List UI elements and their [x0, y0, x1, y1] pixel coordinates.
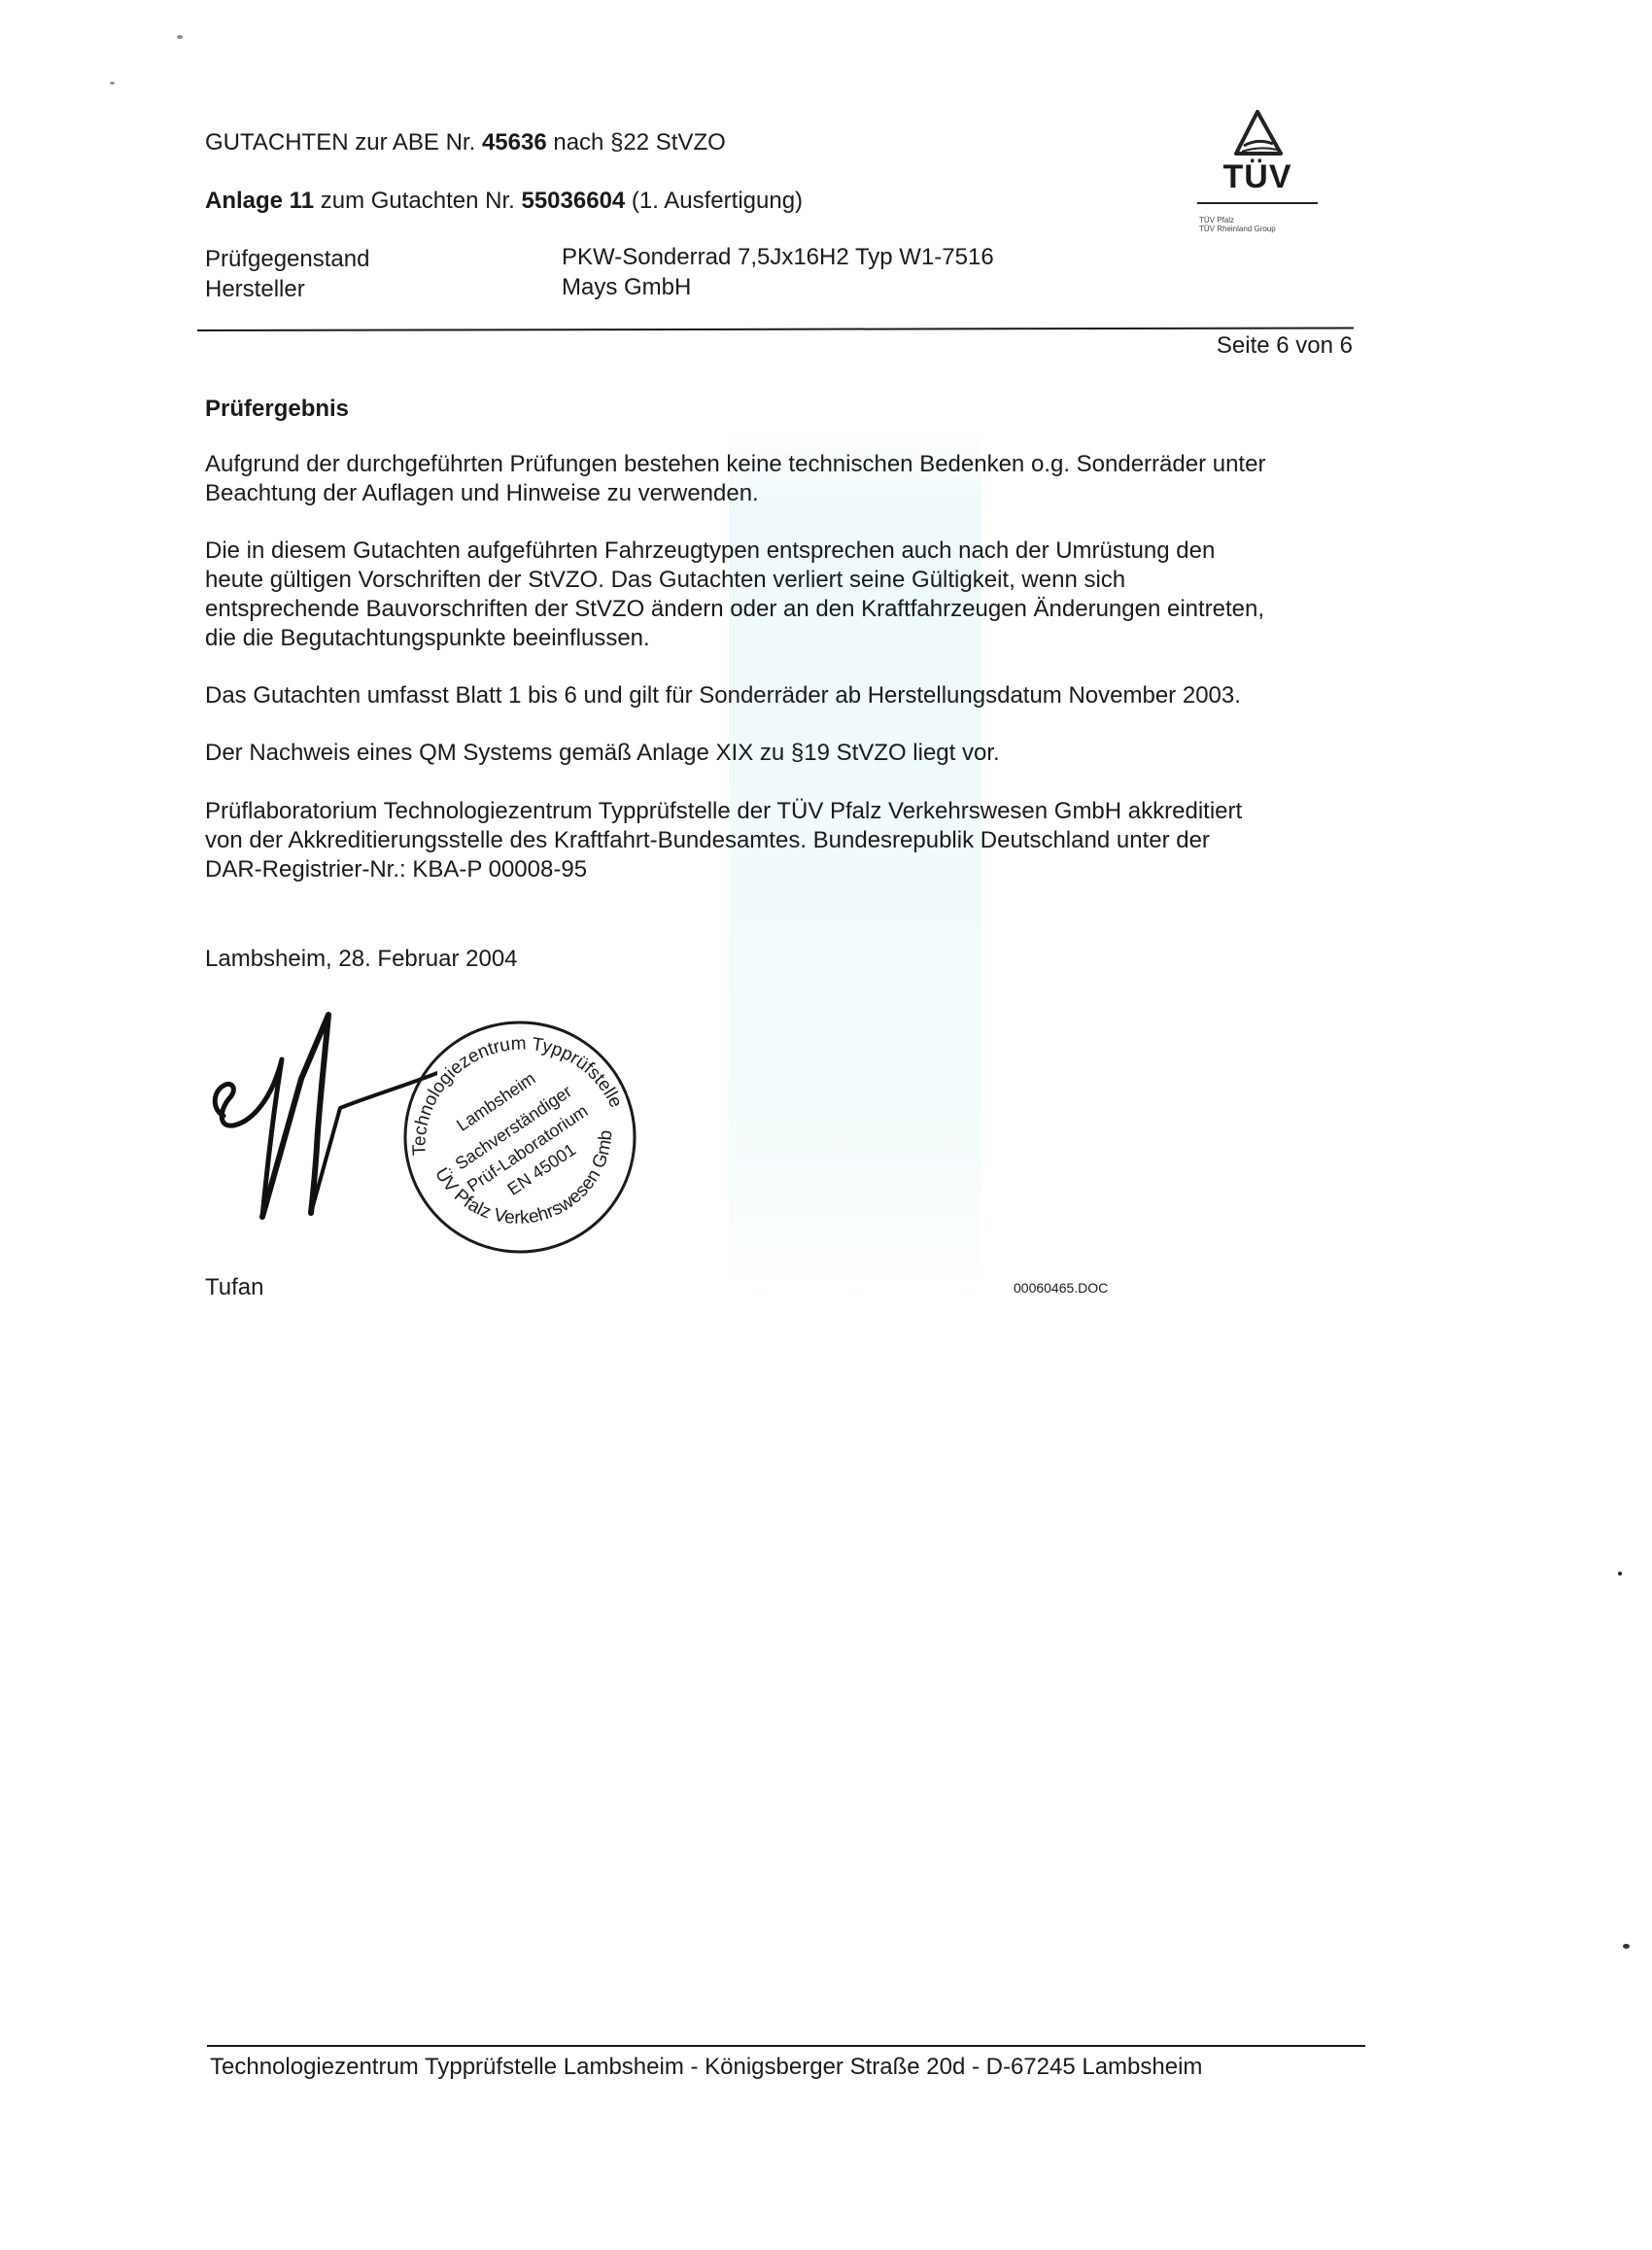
field-value-pruefgegenstand: PKW-Sonderrad 7,5Jx16H2 Typ W1-7516: [562, 243, 994, 272]
paragraph-line: DAR-Registrier-Nr.: KBA-P 00008-95: [205, 855, 1371, 884]
scan-speck: [110, 82, 115, 85]
paragraph-line: Beachtung der Auflagen und Hinweise zu v…: [205, 479, 1371, 508]
paragraph-line: heute gültigen Vorschriften der StVZO. D…: [205, 566, 1371, 595]
paragraph-line: Prüflaboratorium Technologiezentrum Typp…: [205, 797, 1371, 826]
logo-rule: [1197, 202, 1318, 204]
header-line-anlage: Anlage 11 zum Gutachten Nr. 55036604 (1.…: [205, 187, 803, 216]
paragraph-scope: Das Gutachten umfasst Blatt 1 bis 6 und …: [205, 681, 1371, 710]
footer-address: Technologiezentrum Typprüfstelle Lambshe…: [210, 2053, 1202, 2082]
gutachten-number: 55036604: [521, 188, 625, 214]
paragraph-line: die die Begutachtungspunkte beeinflussen…: [205, 624, 1371, 653]
section-title: Prüfergebnis: [205, 395, 349, 424]
paragraph-qm: Der Nachweis eines QM Systems gemäß Anla…: [205, 739, 1371, 768]
tuv-logo: TÜV TÜV Pfalz TÜV Rheinland Group: [1193, 109, 1322, 233]
scan-speck: [1623, 1944, 1630, 1949]
anlage-mid: zum Gutachten Nr.: [314, 188, 521, 214]
paragraph-validity: Die in diesem Gutachten aufgeführten Fah…: [205, 537, 1371, 653]
tuv-wordmark: TÜV: [1193, 159, 1322, 194]
logo-subline-2: TÜV Rheinland Group: [1199, 225, 1322, 233]
paragraph-line: entsprechende Bauvorschriften der StVZO …: [205, 595, 1371, 624]
header-line-abe: GUTACHTEN zur ABE Nr. 45636 nach §22 StV…: [205, 128, 726, 157]
abe-prefix: GUTACHTEN zur ABE Nr.: [205, 129, 482, 156]
abe-suffix: nach §22 StVZO: [547, 129, 726, 156]
signer-name: Tufan: [205, 1273, 263, 1302]
anlage-label: Anlage 11: [205, 188, 314, 214]
paragraph-line: Der Nachweis eines QM Systems gemäß Anla…: [205, 739, 1371, 768]
paragraph-line: Aufgrund der durchgeführten Prüfungen be…: [205, 450, 1371, 479]
footer-divider: [207, 2045, 1365, 2047]
document-id: 00060465.DOC: [1014, 1279, 1108, 1297]
header-divider: [197, 328, 1354, 331]
anlage-suffix: (1. Ausfertigung): [625, 188, 803, 214]
abe-number: 45636: [482, 129, 547, 156]
field-label-pruefgegenstand: Prüfgegenstand: [205, 245, 369, 274]
paragraph-line: Das Gutachten umfasst Blatt 1 bis 6 und …: [205, 681, 1371, 710]
paragraph-result: Aufgrund der durchgeführten Prüfungen be…: [205, 450, 1371, 508]
paragraph-line: von der Akkreditierungsstelle des Kraftf…: [205, 826, 1371, 855]
tuv-triangle-icon: [1230, 109, 1285, 157]
paragraph-line: Die in diesem Gutachten aufgeführten Fah…: [205, 537, 1371, 566]
field-value-hersteller: Mays GmbH: [562, 273, 691, 302]
field-label-hersteller: Hersteller: [205, 275, 305, 304]
page-indicator: Seite 6 von 6: [1217, 331, 1353, 361]
scan-speck: [177, 35, 183, 39]
logo-subline-1: TÜV Pfalz: [1199, 216, 1322, 225]
scan-speck: [1618, 1572, 1622, 1575]
place-date: Lambsheim, 28. Februar 2004: [205, 945, 518, 974]
round-stamp-icon: Technologiezentrum Typprüfstelle TÜV Pfa…: [394, 1011, 646, 1263]
paragraph-accreditation: Prüflaboratorium Technologiezentrum Typp…: [205, 797, 1371, 884]
